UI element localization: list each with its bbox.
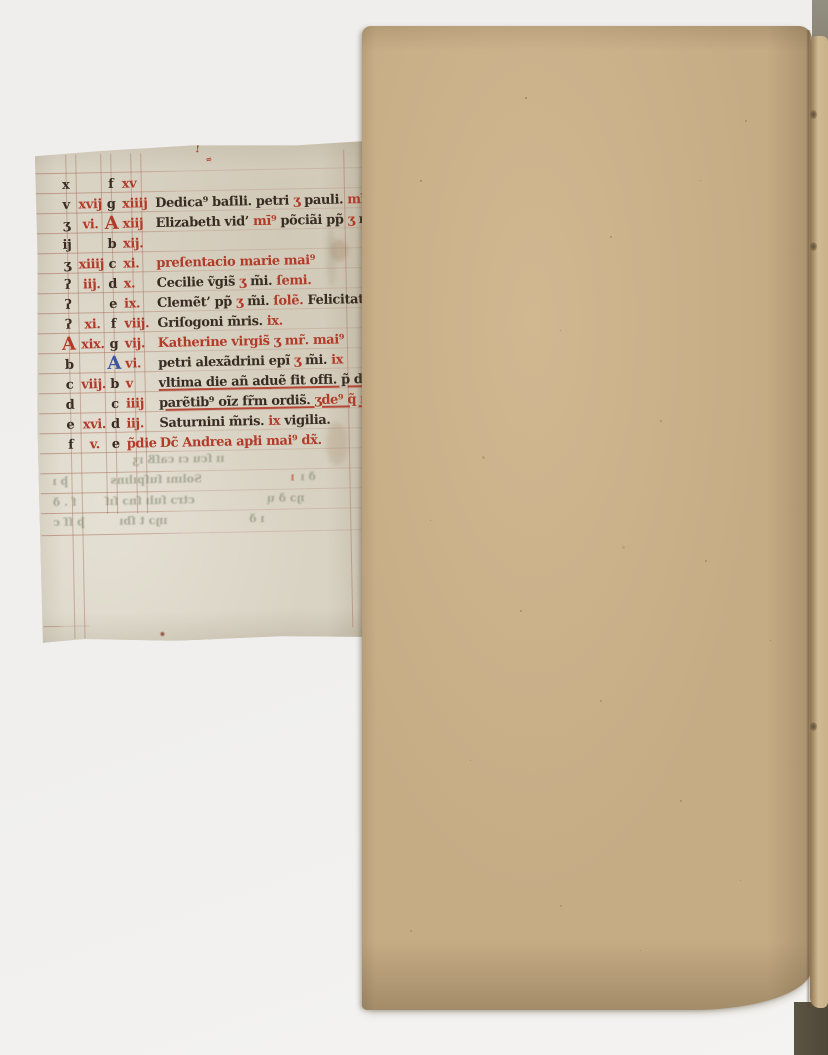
dominical-letter-cell: b <box>104 235 120 255</box>
golden-number-cell: ʔ <box>59 276 77 296</box>
second-number-cell: v. <box>82 435 108 455</box>
feast-entry-segment: Katherine virgis̃ ʒ mr̃. mai⁹ <box>158 332 345 351</box>
paper-speck <box>705 560 707 562</box>
second-number-cell <box>81 395 107 415</box>
feast-entry-segment: m̃i. <box>243 294 274 310</box>
dominical-letter-cell: f <box>105 315 121 335</box>
fore-edge-strip <box>810 36 828 1008</box>
bleedthrough-text: ŋɔ ð ų <box>267 491 305 505</box>
feast-entry-segment: ix <box>268 414 284 429</box>
photo-of-manuscript: ıı ſcu cı caſß ıʒþ ıSolını ſuſpılınsıð ı… <box>0 0 828 1055</box>
second-number-cell: vi. <box>77 215 103 235</box>
bleedthrough-text: ctrɔ ſulı ſnɔ ſıſ <box>105 493 195 508</box>
bleedthrough-text: ı ð <box>249 512 265 525</box>
dominical-letter-cell: c <box>107 395 123 415</box>
feast-entry-segment: ſolẽ. <box>273 293 307 309</box>
bleedthrough-text: þ ſſ c <box>53 515 85 529</box>
feast-entry-segment: Dedica⁹ baſili. petri <box>155 193 293 211</box>
feast-entry-segment: vigilia. <box>284 413 330 429</box>
feast-entry-segment: Clemẽt’ pp̃ <box>157 295 236 312</box>
dominical-letter-cell: A <box>106 355 122 375</box>
dominical-letter-cell: f <box>103 175 119 195</box>
paper-speck <box>410 930 412 932</box>
second-number-cell <box>78 235 104 255</box>
feast-entry-segment: ſemi. <box>276 273 311 289</box>
feast-entry-segment: pauli. <box>300 192 348 208</box>
ruling-line-horizontal <box>43 625 89 627</box>
feast-entry-segment: parẽtib⁹ oĩz fr̃m ordis̃. <box>159 393 315 411</box>
paper-speck <box>680 800 682 802</box>
dominical-letter-cell: e <box>108 435 124 455</box>
red-pen-trial-mark: ! <box>195 142 201 155</box>
bleedthrough-text: þ ı <box>52 475 68 488</box>
golden-number-cell: f <box>62 436 80 456</box>
stain <box>160 632 164 636</box>
golden-number-cell: ʒ <box>57 216 75 236</box>
feast-entry-segment: preſentacio marie mai⁹ <box>156 253 315 271</box>
paper-speck <box>600 700 602 702</box>
sewing-notch <box>810 110 817 119</box>
dominical-letter-cell: A <box>103 215 119 235</box>
second-number-cell: iij. <box>79 275 105 295</box>
paper-speck <box>660 420 662 422</box>
paper-speck <box>520 610 522 612</box>
second-number-cell: xvi. <box>81 415 107 435</box>
paper-speck <box>420 180 422 182</box>
feast-entry-segment: ix. <box>267 314 283 329</box>
paper-speck <box>525 97 527 99</box>
second-number-cell <box>80 355 106 375</box>
second-number-cell: xix. <box>80 335 106 355</box>
feast-entry-segment: Dc̃ Andrea apłi mai⁹ dx̃. <box>160 433 322 451</box>
second-number-cell: xi. <box>79 315 105 335</box>
golden-number-cell: e <box>61 416 79 436</box>
golden-number-cell: v <box>57 196 75 216</box>
sewing-notch <box>810 242 817 251</box>
feast-entry-segment: m̃i. <box>246 274 277 290</box>
second-number-cell: viij. <box>80 375 106 395</box>
dominical-letter-cell: c <box>104 255 120 275</box>
feast-entry: Dc̃ Andrea apłi mai⁹ dx̃. <box>160 430 372 454</box>
album-page <box>362 26 812 1010</box>
golden-number-cell: d <box>61 396 79 416</box>
golden-number-cell: b <box>60 356 78 376</box>
golden-number-cell: ʔ <box>59 296 77 316</box>
bleedthrough-text: f . ð <box>53 496 77 509</box>
paper-speck <box>622 546 625 549</box>
bleedthrough-text: ð ı <box>300 470 316 483</box>
feast-entry-segment: Felicitat’ vid’ <box>307 291 369 308</box>
paper-speck <box>740 880 741 881</box>
dominical-letter-cell: d <box>107 415 123 435</box>
paper-speck <box>640 950 641 951</box>
sewing-notch <box>810 722 817 731</box>
golden-number-cell: ij <box>58 236 76 256</box>
feast-entry-segment: mī⁹ <box>253 214 281 230</box>
manuscript-leaf: ıı ſcu cı caſß ıʒþ ıSolını ſuſpılınsıð ı… <box>32 141 375 643</box>
feast-entry-segment: Elizabeth vid’ <box>155 214 253 231</box>
bleedthrough-text: ıŋɔ t ſbı <box>119 514 167 528</box>
paper-speck <box>745 120 747 122</box>
feast-entry-segment: ix <box>331 352 343 367</box>
golden-number-cell: A <box>60 336 78 356</box>
red-ink-marks: !≈ <box>32 141 366 147</box>
feast-entry-segment: Cecilie ṽgis̃ <box>157 274 240 291</box>
book-board-bottom-corner <box>794 1002 828 1055</box>
second-number-cell: xiiij <box>78 255 104 275</box>
second-number-cell: xvij <box>77 195 103 215</box>
paper-speck <box>610 236 612 238</box>
second-number-cell <box>77 175 103 195</box>
bleedthrough-text: Solını ſuſpılıns <box>110 472 202 487</box>
feast-entry-segment: põciãi pp̃ <box>280 212 347 228</box>
paper-speck <box>470 760 471 761</box>
paper-speck <box>560 330 561 331</box>
dominical-letter-cell: e <box>105 295 121 315</box>
paper-speck <box>700 180 701 181</box>
feast-entry-segment: Saturnini m̃ris. <box>159 414 268 431</box>
feast-entry-segment: Griſogoni m̃ris. <box>157 314 267 331</box>
red-pen-trial-mark: ≈ <box>204 153 213 164</box>
dominical-letter-cell: d <box>105 275 121 295</box>
bleedthrough-text: ı <box>290 470 294 483</box>
golden-number-cell: c <box>60 376 78 396</box>
feast-entry-segment: vltima die añ aduẽ fit offi. p̃ defũct⁹. <box>158 371 370 391</box>
golden-number-cell: ʒ <box>58 256 76 276</box>
paper-speck <box>430 520 431 521</box>
second-number-cell <box>79 295 105 315</box>
paper-speck <box>770 640 771 641</box>
paper-speck <box>560 905 562 907</box>
dominical-letter-cell: b <box>106 375 122 395</box>
paper-speck <box>482 456 485 459</box>
feast-entry-segment: m̃i. <box>301 353 332 369</box>
golden-number-cell: x <box>57 176 75 196</box>
feast-entry-segment: petri alexãdrini epĩ <box>158 353 294 371</box>
